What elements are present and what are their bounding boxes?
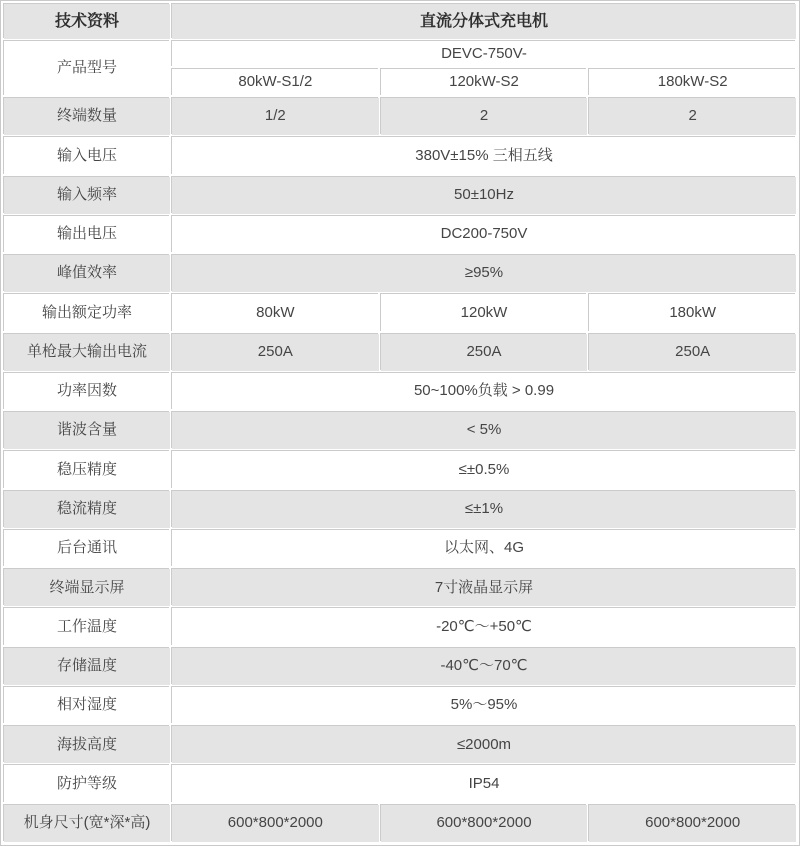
row-label-input-frequency: 输入频率: [4, 177, 170, 214]
current-regulation-value: ≤±1%: [172, 491, 796, 528]
terminal-display-value: 7寸液晶显示屏: [172, 569, 796, 606]
row-label-current-regulation: 稳流精度: [4, 491, 170, 528]
protection-rating-value: IP54: [172, 765, 796, 802]
body-dimensions-value-3: 600*800*2000: [589, 805, 796, 842]
max-gun-current-value-1: 250A: [172, 334, 379, 371]
harmonic-content-value: < 5%: [172, 412, 796, 449]
peak-efficiency-value: ≥95%: [172, 255, 796, 292]
output-voltage-value: DC200-750V: [172, 216, 796, 253]
rated-power-value-3: 180kW: [589, 294, 796, 331]
spec-table: 技术资料 直流分体式充电机 产品型号 DEVC-750V- 80kW-S1/2 …: [4, 4, 796, 842]
table-title-cell: 技术资料: [4, 4, 170, 39]
row-label-terminal-count: 终端数量: [4, 98, 170, 135]
row-label-harmonic-content: 谐波含量: [4, 412, 170, 449]
row-label-altitude: 海拔高度: [4, 726, 170, 763]
body-dimensions-value-2: 600*800*2000: [381, 805, 588, 842]
product-model-cell-2: 120kW-S2: [381, 69, 588, 96]
relative-humidity-value: 5%～95%: [172, 687, 796, 724]
spec-sheet-page: 技术资料 直流分体式充电机 产品型号 DEVC-750V- 80kW-S1/2 …: [0, 0, 800, 846]
rated-power-value-1: 80kW: [172, 294, 379, 331]
voltage-regulation-value: ≤±0.5%: [172, 451, 796, 488]
row-label-input-voltage: 输入电压: [4, 137, 170, 174]
row-label-relative-humidity: 相对湿度: [4, 687, 170, 724]
body-dimensions-value-1: 600*800*2000: [172, 805, 379, 842]
row-label-output-voltage: 输出电压: [4, 216, 170, 253]
power-factor-value: 50~100%负载 > 0.99: [172, 373, 796, 410]
product-series-cell: DEVC-750V-: [172, 41, 796, 67]
row-label-rated-output-power: 输出额定功率: [4, 294, 170, 331]
row-label-voltage-regulation: 稳压精度: [4, 451, 170, 488]
product-model-cell-1: 80kW-S1/2: [172, 69, 379, 96]
working-temp-value: -20℃～+50℃: [172, 608, 796, 645]
terminal-count-value-3: 2: [589, 98, 796, 135]
input-voltage-value: 380V±15% 三相五线: [172, 137, 796, 174]
row-label-backend-comm: 后台通讯: [4, 530, 170, 567]
row-label-product-model: 产品型号: [4, 41, 170, 96]
row-label-peak-efficiency: 峰值效率: [4, 255, 170, 292]
product-model-cell-3: 180kW-S2: [589, 69, 796, 96]
product-name-header: 直流分体式充电机: [172, 4, 796, 39]
row-label-power-factor: 功率因数: [4, 373, 170, 410]
row-label-storage-temp: 存储温度: [4, 648, 170, 685]
row-label-body-dimensions: 机身尺寸(宽*深*高): [4, 805, 170, 842]
terminal-count-value-1: 1/2: [172, 98, 379, 135]
rated-power-value-2: 120kW: [381, 294, 588, 331]
max-gun-current-value-2: 250A: [381, 334, 588, 371]
storage-temp-value: -40℃～70℃: [172, 648, 796, 685]
max-gun-current-value-3: 250A: [589, 334, 796, 371]
row-label-max-gun-current: 单枪最大输出电流: [4, 334, 170, 371]
backend-comm-value: 以太网、4G: [172, 530, 796, 567]
row-label-working-temp: 工作温度: [4, 608, 170, 645]
row-label-terminal-display: 终端显示屏: [4, 569, 170, 606]
terminal-count-value-2: 2: [381, 98, 588, 135]
row-label-protection-rating: 防护等级: [4, 765, 170, 802]
input-frequency-value: 50±10Hz: [172, 177, 796, 214]
altitude-value: ≤2000m: [172, 726, 796, 763]
